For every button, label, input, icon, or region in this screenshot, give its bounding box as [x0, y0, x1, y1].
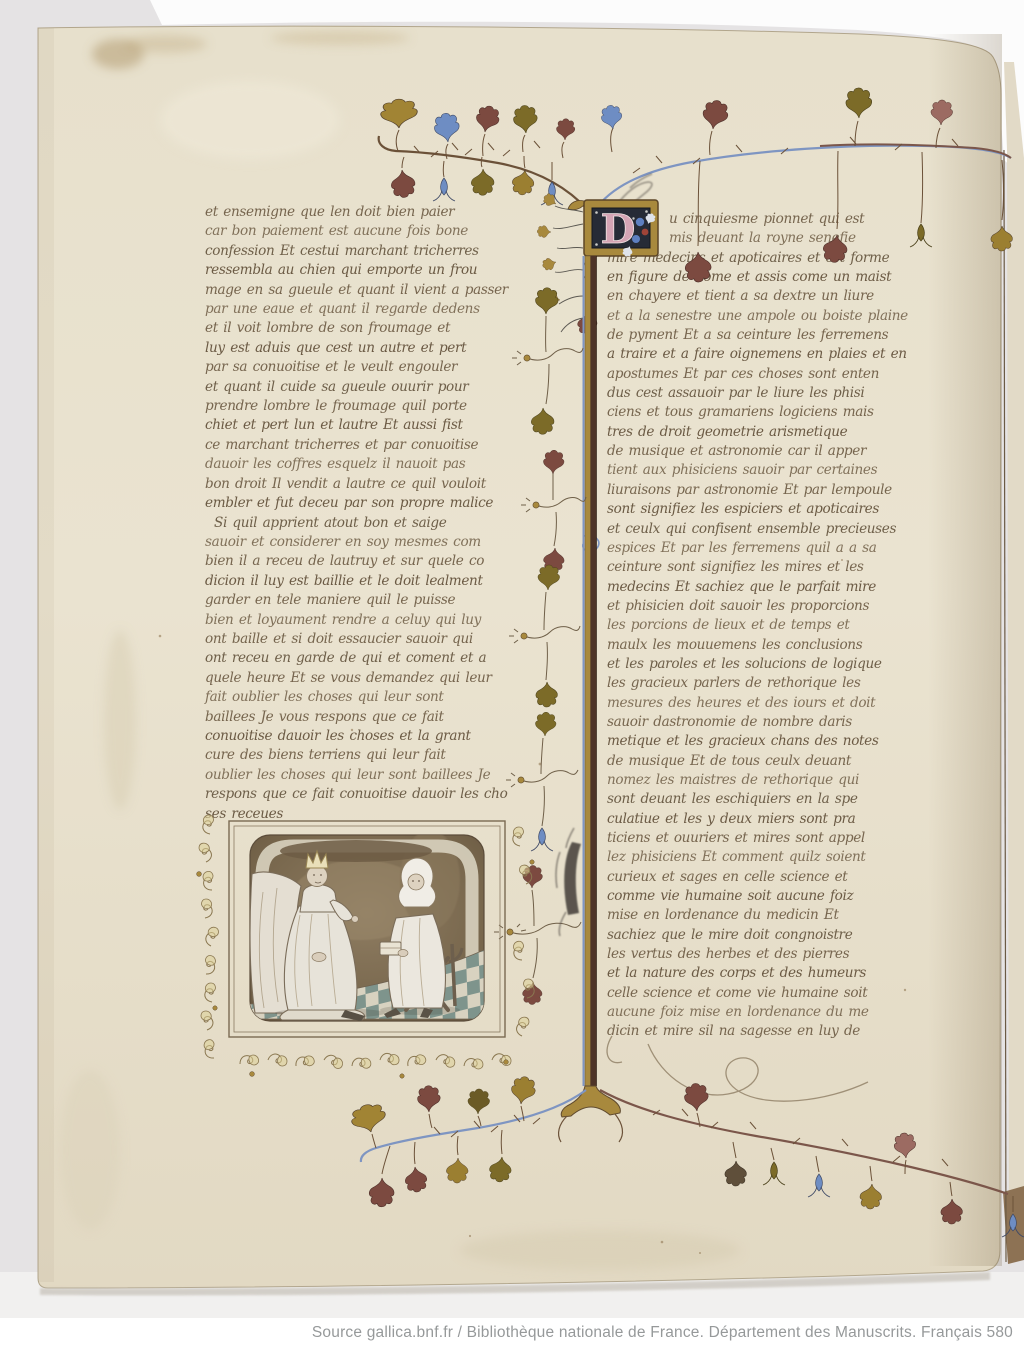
manuscript-text-line: par sa conuoitise et le veult engouler: [205, 358, 531, 377]
manuscript-text-line: en chayere et tient a sa dextre un liure: [607, 287, 937, 306]
manuscript-text-line: sachiez que le mire doit congnoistre: [607, 926, 937, 945]
initial-penwork: [553, 206, 583, 332]
page-edge-line: [1004, 150, 1006, 1262]
manuscript-text-line: metique et les gracieux chans des notes: [607, 732, 937, 751]
manuscript-text-line: en figure de home et assis come un maist: [607, 268, 937, 287]
manuscript-photo: et ensemigne que len doit bien paiercar …: [0, 0, 1024, 1318]
manuscript-text-line: apostumes Et par ces choses sont enten: [607, 365, 937, 384]
manuscript-text-line: luy est aduis que cest un autre et pert: [205, 339, 531, 358]
manuscript-text-line: sont signifiez les espiciers et apoticai…: [607, 500, 937, 519]
text-column-left: et ensemigne que len doit bien paiercar …: [205, 203, 531, 824]
manuscript-text-line: espices Et par les ferremens quil a a sa: [607, 539, 937, 558]
manuscript-text-line: garder en tele maniere quil le puisse: [205, 591, 531, 610]
manuscript-text-line: ceinture sont signifiez les mires et les: [607, 558, 937, 577]
manuscript-text-line: mise en lordenance du medicin Et: [607, 906, 937, 925]
manuscript-text-line: liuraisons par astronomie Et par lempoul…: [607, 481, 937, 500]
physician-figure: [380, 858, 462, 1018]
manuscript-text-line: et phisicien doit sauoir les proporcions: [607, 597, 937, 616]
manuscript-text-line: comme vie humaine soit aucune foiz: [607, 887, 937, 906]
manuscript-text-line: et a la senestre une ampole ou boiste pl…: [607, 307, 937, 326]
gutter-sprig: [494, 866, 581, 1005]
manuscript-text-line: aucune foiz mise en lordenance du me: [607, 1003, 937, 1022]
king-figure: [280, 851, 365, 1021]
manuscript-text-line: tient aux phisiciens sauoir par certaine…: [607, 461, 937, 480]
manuscript-text-line: ses receues: [205, 805, 531, 824]
manuscript-text-line: cure des biens terriens qui leur fait: [205, 746, 531, 765]
manuscript-text-line: ticiens et ouuriers et mires sont appel: [607, 829, 937, 848]
manuscript-text-line: sauoir et considerer en soy mesmes com: [205, 533, 531, 552]
manuscript-text-line: conuoitise dauoir les choses et la grant: [205, 727, 531, 746]
manuscript-text-line: ce marchant tricherres et par conuoitise: [205, 436, 531, 455]
manuscript-text-line: ont baille et si doit essaucier sauoir q…: [205, 630, 531, 649]
manuscript-text-line: ressembla au chien qui emporte un frou: [205, 261, 531, 280]
bottom-edge-shadow: [40, 1272, 990, 1295]
manuscript-text-line: culatiue et les y deux miers sont pra: [607, 810, 937, 829]
manuscript-text-line: embler et fut deceu par son propre malic…: [205, 494, 531, 513]
manuscript-text-line: ciens et tous gramariens logiciens mais: [607, 403, 937, 422]
manuscript-text-line: bien il a receu de lautruy et sur quele …: [205, 552, 531, 571]
manuscript-text-line: et il voit lombre de son froumage et: [205, 319, 531, 338]
manuscript-text-line: dicion il luy est baillie et le doit lea…: [205, 572, 531, 591]
manuscript-text-line: mesures des heures et des iours et doit: [607, 694, 937, 713]
crown: [306, 851, 328, 868]
miniature-frame-inner: [234, 826, 500, 1032]
manuscript-text-line: bon droit Il vendit a lautre ce quil vou…: [205, 475, 531, 494]
manuscript-text-line: ont receu en garde de qui et coment et a: [205, 649, 531, 668]
manuscript-text-line: maulx les mouuemens les conclusions: [607, 636, 937, 655]
bottom-white-strip: [0, 1272, 1024, 1318]
facing-page-sliver: [1004, 62, 1024, 1264]
manuscript-text-line: de pyment Et a sa ceinture les ferremens: [607, 326, 937, 345]
pen-flourish: [607, 1036, 868, 1101]
manuscript-text-line: quele heure Et se vous demandez qui leur: [205, 669, 531, 688]
manuscript-text-line: celle science et come vie humaine soit: [607, 984, 937, 1003]
throne-drapery: [250, 872, 303, 1013]
manuscript-text-line: et la nature des corps et des humeurs: [607, 964, 937, 983]
manuscript-text-line: les vertus des herbes et des pierres: [607, 945, 937, 964]
manuscript-text-line: confession Et cestui marchant tricherres: [205, 242, 531, 261]
marginal-scrollwork: [197, 815, 535, 1078]
manuscript-text-line: et ceulx qui confisent ensemble precieus…: [607, 520, 937, 539]
manuscript-text-line: baillees Je vous respons que ce fait: [205, 708, 531, 727]
manuscript-text-line: lez phisiciens Et comment quilz soient: [607, 848, 937, 867]
manuscript-text-line: prendre lombre le froumage quil porte: [205, 397, 531, 416]
manuscript-text-line: par une eaue et quant il regarde dedens: [205, 300, 531, 319]
manuscript-text-line: oublier les choses qui leur sont baillee…: [205, 766, 531, 785]
left-edge-shadow: [38, 28, 54, 1282]
miniature-painting: [250, 830, 484, 1021]
manuscript-text-line: Si quil apprient atout bon et saige: [205, 514, 531, 533]
manuscript-text-line: et quant il cuide sa gueule ouurir pour: [205, 378, 531, 397]
manuscript-text-line: les porcions de lieux et de temps et: [607, 616, 937, 635]
manuscript-text-line: dicin et mire sil na sagesse en luy de: [607, 1022, 937, 1041]
manuscript-text-line: a traire et a faire oignemens en plaies …: [607, 345, 937, 364]
manuscript-text-line: fait oublier les choses qui leur sont: [205, 688, 531, 707]
manuscript-text-line: sont deuant les eschiquiers en la spe: [607, 790, 937, 809]
manuscript-text-line: car bon paiement est aucune fois bone: [205, 222, 531, 241]
manuscript-text-line: chiet et pert lun et lautre Et aussi fis…: [205, 416, 531, 435]
binding-edge: [1003, 1186, 1024, 1264]
manuscript-text-line: respons que ce fait conuoitise dauoir le…: [205, 785, 531, 804]
gutter-shading: [928, 34, 1002, 1266]
manuscript-text-line: dus cest assauoir par le liure les phisi: [607, 384, 937, 403]
manuscript-text-line: nomez les maistres de rethorique qui: [607, 771, 937, 790]
manuscript-text-line: et ensemigne que len doit bien paier: [205, 203, 531, 222]
book: [380, 942, 401, 955]
manuscript-text-line: mage en sa gueule et quant il vient a pa…: [205, 281, 531, 300]
fore-edge-white-band: [150, 0, 1024, 178]
manuscript-text-line: bien et loyaument rendre a celuy qui luy: [205, 611, 531, 630]
manuscript-text-line: et les paroles et les solucions de logiq…: [607, 655, 937, 674]
manuscript-text-line: de musique et astronomie car il apper: [607, 442, 937, 461]
manuscript-text-line: medecins Et sachiez que le parfait mire: [607, 578, 937, 597]
hood: [399, 858, 436, 907]
ink-smudge: [556, 828, 581, 936]
manuscript-text-line: mis deuant la royne senefie: [607, 229, 937, 248]
manuscript-text-line: curieux et sages en celle science et: [607, 868, 937, 887]
manuscript-text-line: mire medecins et apoticaires et est form…: [607, 249, 937, 268]
manuscript-text-line: de musique Et de tous ceulx deuant: [607, 752, 937, 771]
manuscript-text-line: les gracieux parlers de rethorique les: [607, 674, 937, 693]
text-column-right: u cinquiesme pionnet qui estmis deuant l…: [607, 210, 937, 1042]
x-chair: [406, 958, 448, 1010]
gold-dots: [197, 860, 535, 1078]
manuscript-text-line: tres de droit geometrie arismetique: [607, 423, 937, 442]
miniature-frame: [229, 821, 505, 1037]
miniature: [197, 815, 535, 1078]
caption-text: Source gallica.bnf.fr / Bibliothèque nat…: [312, 1324, 1013, 1341]
manuscript-text-line: sauoir dastronomie de nombre daris: [607, 713, 937, 732]
caption-bar: Source gallica.bnf.fr / Bibliothèque nat…: [0, 1318, 1024, 1350]
bottom-border-vine: [348, 1076, 1024, 1237]
manuscript-text-line: u cinquiesme pionnet qui est: [607, 210, 937, 229]
manuscript-text-line: dauoir les coffres esquelz il nauoit pas: [205, 455, 531, 474]
